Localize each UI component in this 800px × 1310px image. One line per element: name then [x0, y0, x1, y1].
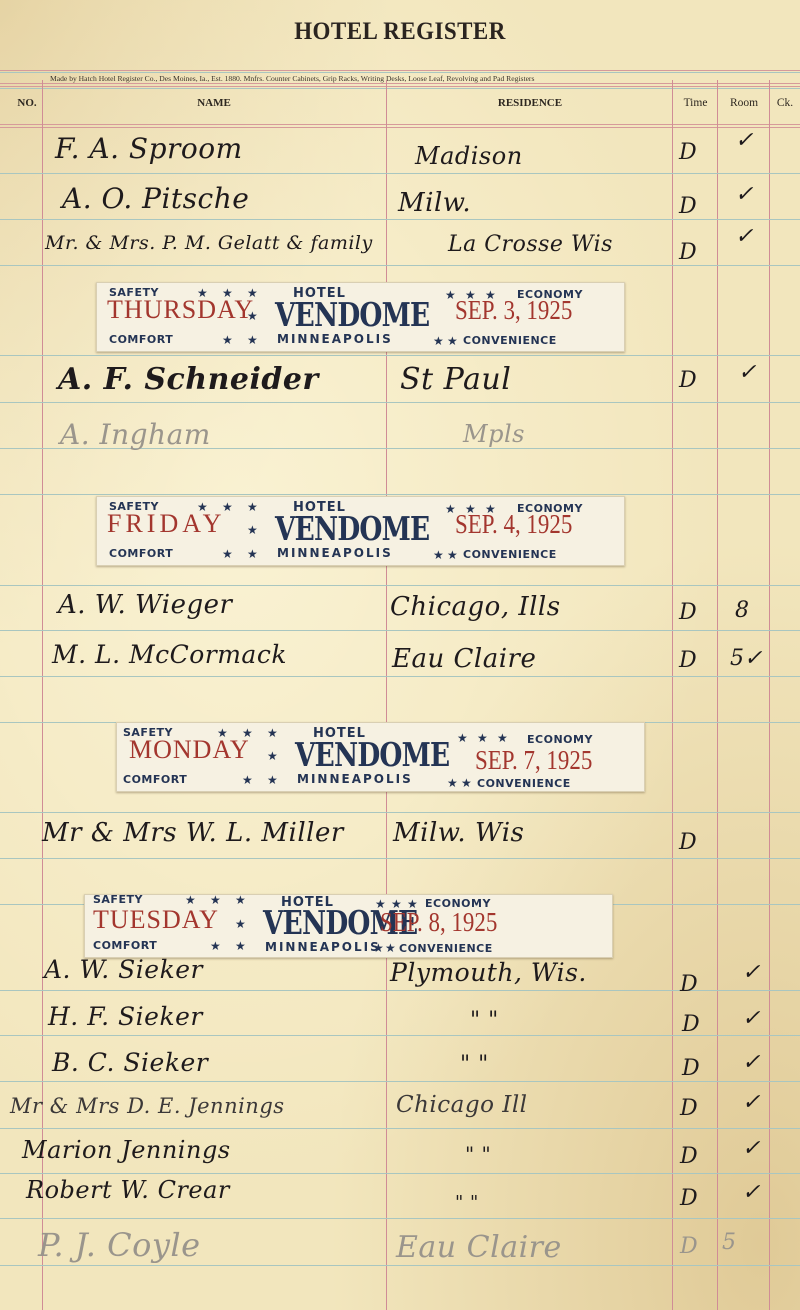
entry-residence: Chicago, Ills — [390, 592, 561, 622]
star-icon: ★ — [247, 309, 258, 324]
star-icon: ★ — [222, 547, 233, 562]
stamp-date: SEP. 7, 1925 — [475, 745, 592, 776]
ruled-line — [0, 402, 800, 403]
star-icon: ★ — [235, 917, 246, 932]
column-header-no: NO. — [14, 97, 40, 109]
page-title: HOTEL REGISTER — [32, 18, 768, 46]
entry-residence: St Paul — [400, 362, 511, 397]
entry-name: A. O. Pitsche — [62, 182, 249, 215]
date-stamp: SAFETY ★ ★ ★ MONDAY ★ COMFORT ★ ★ HOTEL … — [116, 722, 645, 792]
star-icon: ★ — [477, 731, 488, 746]
star-icon: ★ — [247, 523, 258, 538]
ruled-line — [0, 1265, 800, 1266]
entry-residence: Plymouth, Wis. — [390, 958, 587, 987]
entry-room: ✓ — [735, 182, 753, 207]
entry-residence: " " — [460, 1052, 489, 1077]
maker-line: Made by Hatch Hotel Register Co., Des Mo… — [50, 74, 534, 83]
entry-time: D — [680, 1186, 698, 1211]
entry-room: ✓ — [742, 960, 760, 985]
entry-time: D — [680, 1144, 698, 1169]
entry-name: A. W. Wieger — [58, 590, 232, 620]
entry-residence: Milw. — [398, 188, 471, 218]
stamp-date: SEP. 4, 1925 — [455, 509, 572, 540]
entry-residence: Eau Claire — [396, 1230, 562, 1265]
entry-time: D — [682, 1012, 700, 1037]
entry-room: ✓ — [742, 1136, 760, 1161]
date-stamp: SAFETY ★ ★ ★ TUESDAY ★ COMFORT ★ ★ HOTEL… — [84, 894, 613, 958]
stamp-hotel-name: VENDOME — [275, 509, 429, 548]
star-icon: ★ — [242, 773, 253, 788]
star-icon: ★ — [373, 941, 384, 956]
entry-residence: La Crosse Wis — [448, 232, 613, 257]
header-rule — [0, 124, 800, 125]
entry-room: 5 — [722, 1230, 736, 1255]
entry-time: D — [679, 600, 697, 625]
header-rule — [0, 127, 800, 128]
star-icon: ★ — [461, 776, 472, 791]
entry-name: A. Ingham — [60, 418, 211, 451]
entry-residence: " " — [455, 1192, 479, 1213]
entry-room: ✓ — [742, 1006, 760, 1031]
column-header-room: Room — [719, 97, 769, 109]
star-icon: ★ — [247, 500, 258, 515]
star-icon: ★ — [267, 749, 278, 764]
star-icon: ★ — [267, 773, 278, 788]
column-header-ck: Ck. — [771, 97, 799, 109]
star-icon: ★ — [433, 334, 444, 349]
star-icon: ★ — [497, 731, 508, 746]
entry-name: Mr & Mrs W. L. Miller — [42, 818, 344, 848]
star-icon: ★ — [447, 334, 458, 349]
star-icon: ★ — [235, 893, 246, 908]
entry-room: 8 — [735, 598, 749, 623]
entry-name: Marion Jennings — [22, 1136, 231, 1164]
entry-room: ✓ — [742, 1090, 760, 1115]
entry-time: D — [679, 368, 697, 393]
date-stamp: SAFETY ★ ★ ★ THURSDAY ★ COMFORT ★ ★ HOTE… — [96, 282, 625, 352]
entry-residence: " " — [470, 1008, 499, 1033]
entry-time: D — [680, 1096, 698, 1121]
entry-time: D — [679, 240, 697, 265]
stamp-day: FRIDAY — [107, 509, 225, 539]
star-icon: ★ — [267, 726, 278, 741]
column-header-residence: RESIDENCE — [388, 97, 672, 109]
ruled-line — [0, 1035, 800, 1036]
stamp-city: MINNEAPOLIS — [297, 772, 413, 786]
star-icon: ★ — [385, 941, 396, 956]
star-icon: ★ — [447, 548, 458, 563]
entry-residence: Chicago Ill — [396, 1092, 528, 1118]
column-header-time: Time — [674, 97, 717, 109]
ruled-line — [0, 265, 800, 266]
entry-time: D — [679, 194, 697, 219]
star-icon: ★ — [210, 939, 221, 954]
ruled-line — [0, 1081, 800, 1082]
entry-time: D — [679, 140, 697, 165]
entry-name: A. F. Schneider — [58, 362, 319, 397]
star-icon: ★ — [222, 333, 233, 348]
entry-name: Mr & Mrs D. E. Jennings — [10, 1094, 285, 1118]
entry-time: D — [679, 648, 697, 673]
stamp-day: THURSDAY — [107, 295, 254, 325]
entry-residence: Madison — [415, 142, 523, 170]
entry-residence: Eau Claire — [392, 644, 536, 674]
stamp-city: MINNEAPOLIS — [265, 940, 381, 954]
ruled-line — [0, 1128, 800, 1129]
header-rule — [0, 88, 800, 89]
entry-room: ✓ — [735, 224, 753, 249]
header-rule — [0, 72, 800, 73]
ruled-line — [0, 858, 800, 859]
ruled-line — [0, 585, 800, 586]
ruled-line — [0, 494, 800, 495]
entry-room: ✓ — [742, 1050, 760, 1075]
header-rule — [0, 70, 800, 71]
header-rule — [0, 86, 800, 87]
entry-name: Mr. & Mrs. P. M. Gelatt & family — [45, 232, 373, 254]
entry-residence: " " — [465, 1142, 491, 1166]
star-icon: ★ — [433, 548, 444, 563]
star-icon: ★ — [247, 333, 258, 348]
star-icon: ★ — [447, 776, 458, 791]
entry-name: H. F. Sieker — [48, 1002, 203, 1031]
entry-name: F. A. Sproom — [55, 132, 243, 165]
column-header-name: NAME — [44, 97, 384, 109]
ruled-line — [0, 355, 800, 356]
stamp-day: TUESDAY — [93, 905, 219, 935]
entry-name: M. L. McCormack — [52, 640, 287, 669]
ruled-line — [0, 1218, 800, 1219]
entry-residence: Mpls — [463, 420, 525, 448]
entry-name: A. W. Sieker — [44, 955, 203, 984]
stamp-hotel-name: VENDOME — [295, 735, 449, 774]
stamp-date: SEP. 8, 1925 — [380, 907, 497, 938]
ruled-line — [0, 219, 800, 220]
stamp-city: MINNEAPOLIS — [277, 332, 393, 346]
star-icon: ★ — [457, 731, 468, 746]
ruled-line — [0, 676, 800, 677]
entry-room: ✓ — [738, 360, 756, 385]
entry-room: ✓ — [742, 1180, 760, 1205]
ruled-line — [0, 812, 800, 813]
star-icon: ★ — [235, 939, 246, 954]
entry-residence: Milw. Wis — [393, 818, 524, 848]
star-icon: ★ — [247, 547, 258, 562]
entry-room: 5✓ — [730, 646, 762, 671]
stamp-city: MINNEAPOLIS — [277, 546, 393, 560]
stamp-day: MONDAY — [129, 735, 250, 765]
entry-name: Robert W. Crear — [26, 1176, 230, 1204]
entry-time: D — [682, 1056, 700, 1081]
stamp-date: SEP. 3, 1925 — [455, 295, 572, 326]
entry-time: D — [680, 972, 698, 997]
entry-name: B. C. Sieker — [52, 1048, 208, 1077]
entry-room: ✓ — [735, 128, 753, 153]
entry-time: D — [679, 830, 697, 855]
entry-time: D — [680, 1234, 698, 1259]
ruled-line — [0, 630, 800, 631]
header-rule — [0, 83, 800, 84]
date-stamp: SAFETY ★ ★ ★ FRIDAY ★ COMFORT ★ ★ HOTEL … — [96, 496, 625, 566]
ruled-line — [0, 1173, 800, 1174]
entry-name: P. J. Coyle — [38, 1226, 201, 1264]
ruled-line — [0, 173, 800, 174]
stamp-hotel-name: VENDOME — [275, 295, 429, 334]
